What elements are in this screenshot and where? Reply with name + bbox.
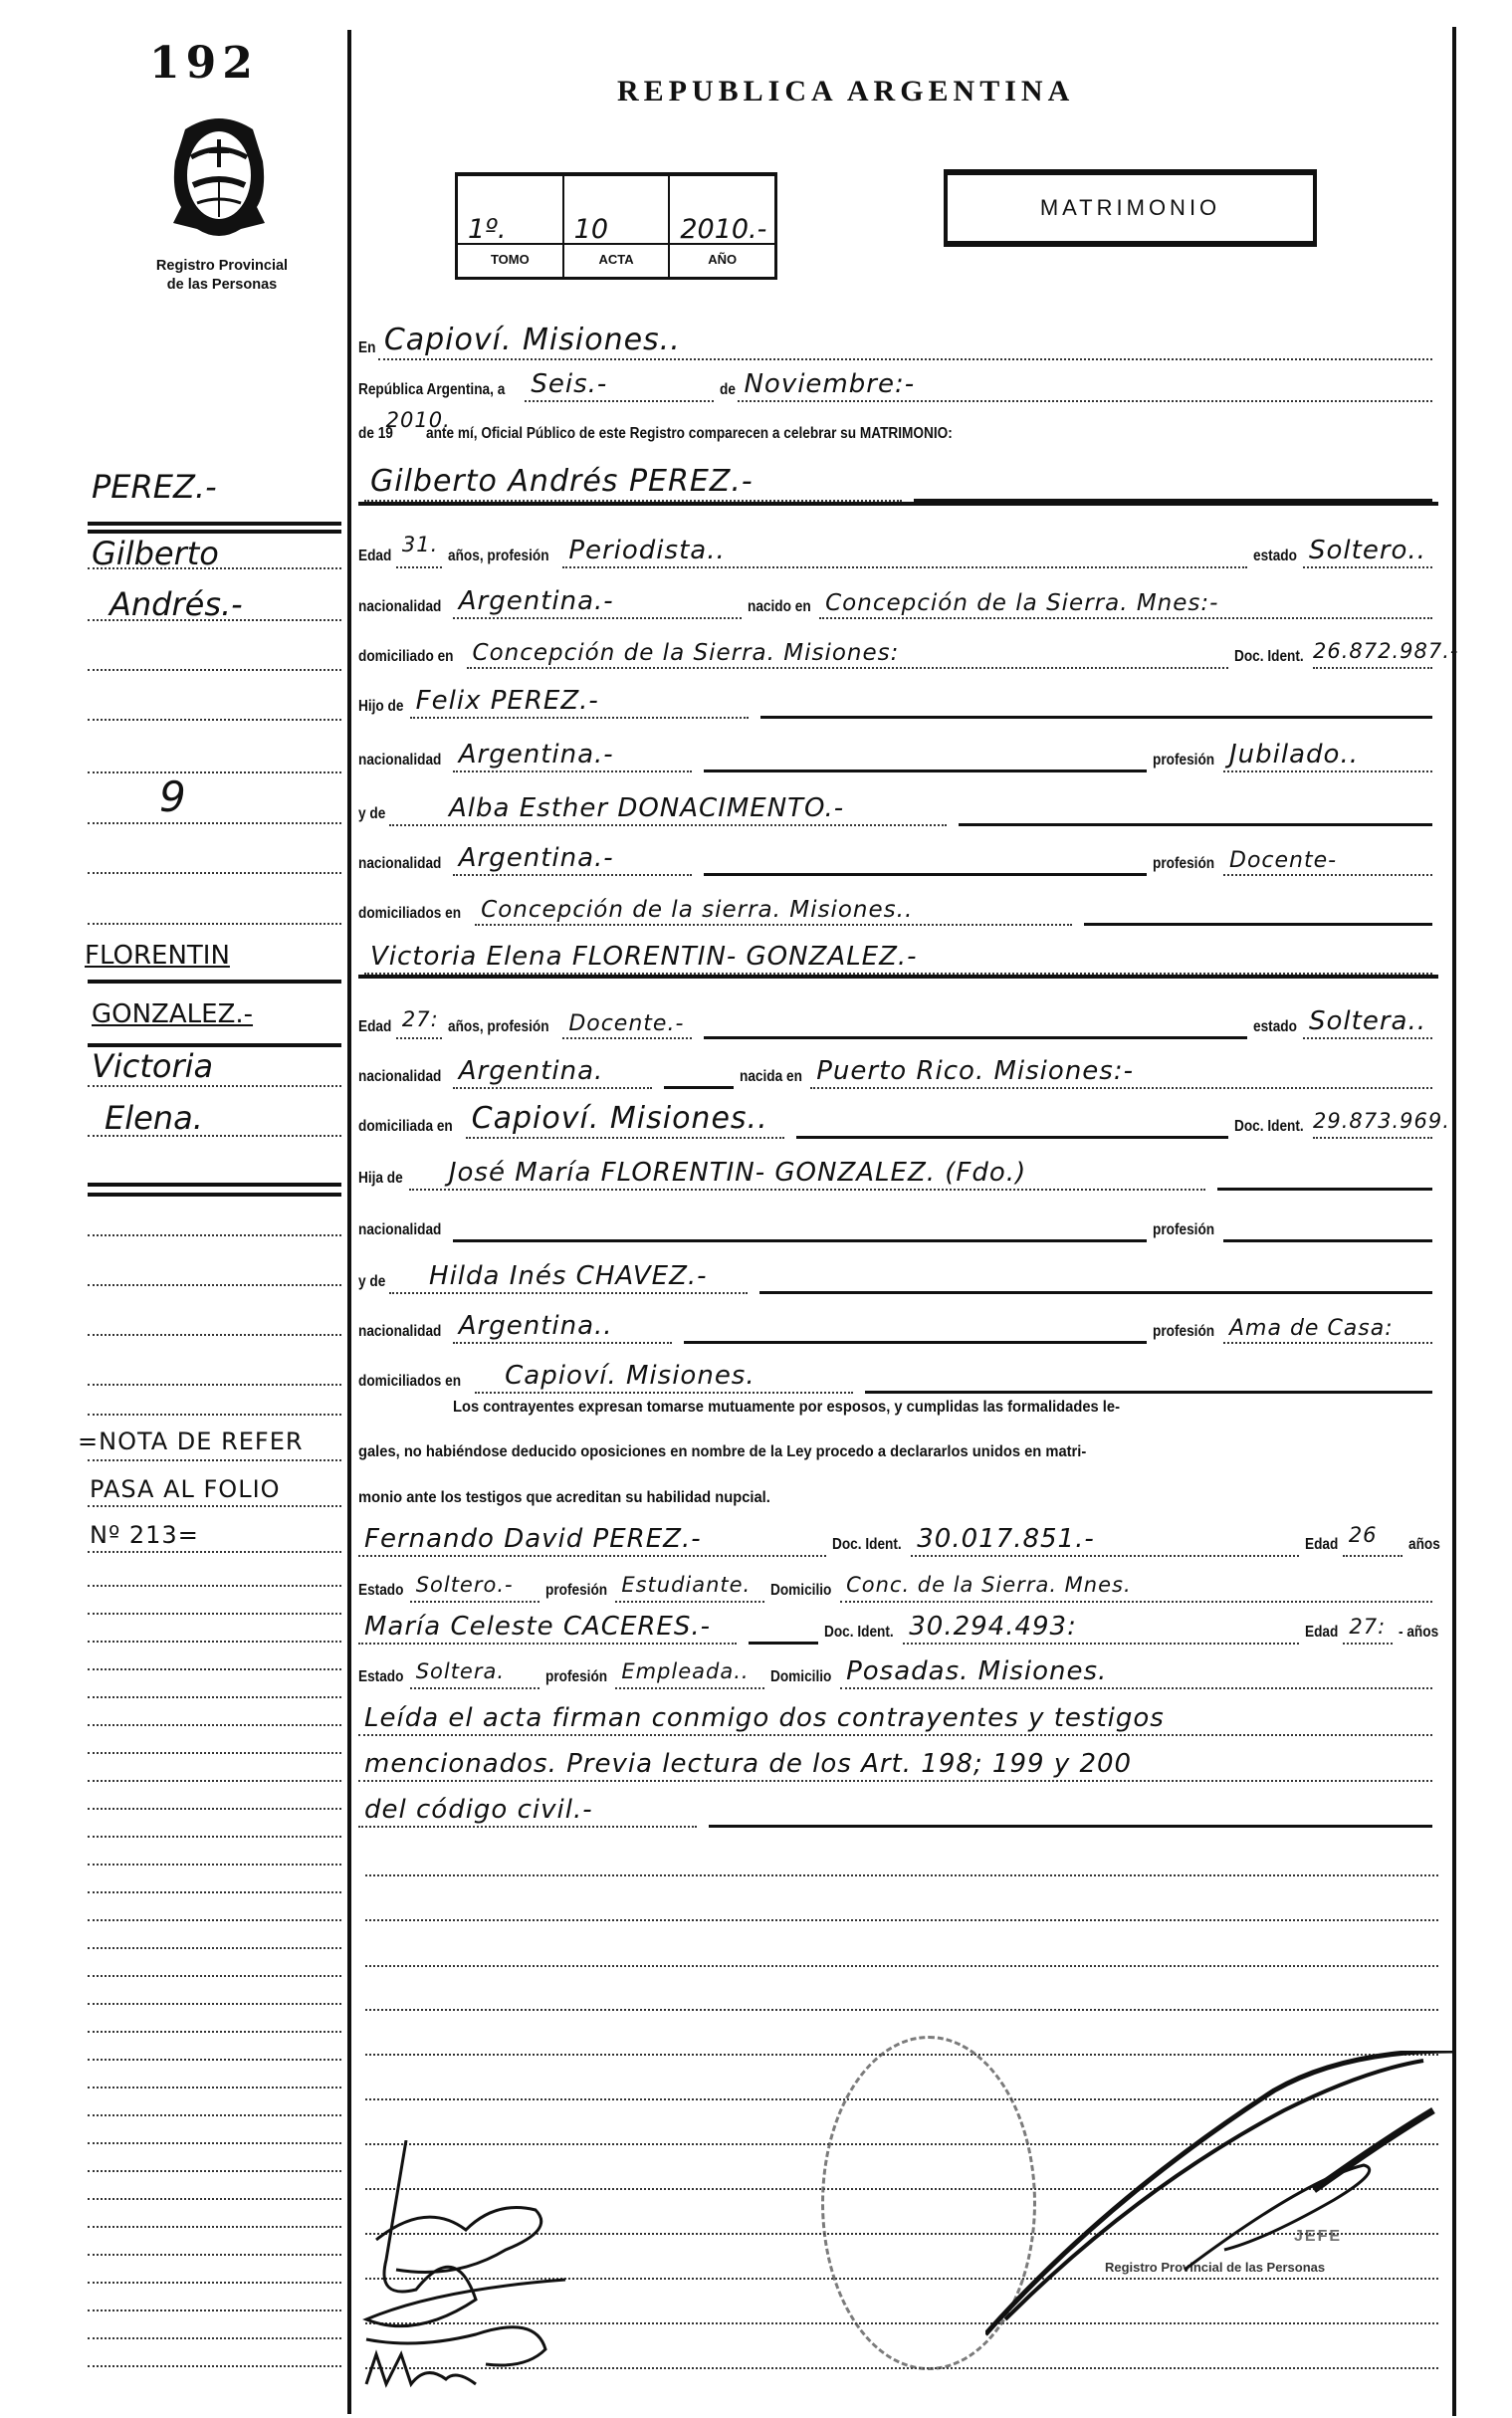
margin-line	[88, 1808, 341, 1810]
acta-value: 10	[574, 214, 608, 245]
coat-of-arms-icon	[167, 111, 271, 241]
closing-line-2: mencionados. Previa lectura de los Art. …	[358, 1738, 1438, 1782]
domiciliados-label: domiciliados en	[358, 905, 461, 926]
closing-field-1: Leída el acta firman conmigo dos contray…	[358, 1690, 1432, 1736]
witness-1-row: Fernando David PEREZ.- Doc. Ident. 30.01…	[358, 1513, 1438, 1557]
bride-address-field: Capioví. Misiones..	[466, 1093, 784, 1139]
bride-birthplace: Puerto Rico. Misiones:-	[816, 1056, 1134, 1086]
bride-address-fill	[796, 1092, 1228, 1139]
bride-father-profession-field	[1223, 1196, 1432, 1242]
margin-line	[88, 2337, 341, 2339]
margin-line	[88, 1724, 341, 1726]
profesion-label: profesión	[1153, 752, 1214, 772]
bride-father-nationality-field	[453, 1196, 1148, 1242]
edad-label: Edad	[1305, 1624, 1338, 1645]
bride-doc: 29.873.969.	[1313, 1109, 1450, 1133]
bride-mother-profession-field: Ama de Casa:	[1223, 1298, 1432, 1344]
witness-2-row: María Celeste CACERES.- Doc. Ident. 30.2…	[358, 1601, 1438, 1645]
margin-line	[88, 1919, 341, 1921]
bride-status: Soltera..	[1309, 1006, 1426, 1036]
tomo-label: TOMO	[458, 243, 562, 277]
groom-age-field: 31.	[396, 523, 442, 568]
nacido-label: nacido en	[748, 598, 811, 619]
y-de-label: y de	[358, 1273, 385, 1294]
margin-line	[88, 2142, 341, 2144]
groom-mother-nationality-fill	[704, 829, 1148, 876]
margin-line	[88, 1891, 341, 1893]
margin-line	[88, 2170, 341, 2172]
margin-groom-surname: PEREZ.-	[92, 468, 217, 506]
hija-de-label: Hija de	[358, 1170, 403, 1191]
margin-line	[88, 2059, 341, 2061]
profesion-label: profesión	[1153, 855, 1214, 876]
groom-mother-row: y de Alba Esther DONACIMENTO.-	[358, 782, 1438, 826]
margin-line	[88, 1947, 341, 1949]
margin-line	[88, 1284, 341, 1286]
bride-mother-row: y de Hilda Inés CHAVEZ.-	[358, 1250, 1438, 1294]
nacionalidad-label: nacionalidad	[358, 598, 441, 619]
nacionalidad-label: nacionalidad	[358, 1323, 441, 1344]
witness-1-profession: Estudiante.	[621, 1573, 751, 1597]
witness-2-details-row: Estado Soltera. profesión Empleada.. Dom…	[358, 1646, 1438, 1689]
de-label: de	[720, 381, 736, 402]
bride-mother-fill	[759, 1247, 1432, 1294]
estado-label: Estado	[358, 1668, 403, 1689]
bride-father-nationality-row: nacionalidad profesión	[358, 1199, 1438, 1242]
closing-field-3: del código civil.-	[358, 1782, 697, 1828]
month-field: Noviembre:-	[738, 356, 1432, 402]
anos-label: - años	[1399, 1624, 1438, 1645]
edad-label: Edad	[358, 1018, 391, 1039]
witness-1-doc: 30.017.851.-	[917, 1524, 1095, 1554]
bride-parents-address: Capioví. Misiones.	[505, 1361, 755, 1391]
margin-line	[88, 822, 341, 824]
witness-1-age-field: 26	[1343, 1511, 1403, 1557]
blank-line	[365, 1965, 1438, 1967]
bride-name-row: Victoria Elena FLORENTIN- GONZALEZ.-	[358, 931, 1438, 979]
en-label: En	[358, 339, 375, 360]
groom-status: Soltero..	[1309, 536, 1426, 565]
bride-age-row: Edad 27: años, profesión Docente.- estad…	[358, 995, 1438, 1039]
place-field: Capioví. Misiones..	[378, 315, 1432, 360]
margin-line	[88, 2114, 341, 2116]
registry-name: Registro Provincial de las Personas	[127, 257, 317, 295]
groom-parents-address: Concepción de la sierra. Misiones..	[481, 897, 913, 923]
margin-line	[88, 1668, 341, 1670]
witness-2-doc: 30.294.493:	[909, 1612, 1077, 1642]
groom-parents-address-row: domiciliados en Concepción de la sierra.…	[358, 882, 1438, 926]
witness-1-address: Conc. de la Sierra. Mnes.	[846, 1573, 1132, 1597]
witness-2-address: Posadas. Misiones.	[846, 1656, 1107, 1686]
groom-father-nationality-fill	[704, 726, 1148, 772]
y-de-label: y de	[358, 805, 385, 826]
bride-name: Victoria Elena FLORENTIN- GONZALEZ.-	[370, 942, 918, 972]
closing-text-1: Leída el acta firman conmigo dos contray…	[364, 1703, 1165, 1733]
groom-mother-nationality: Argentina.-	[459, 843, 614, 873]
estado-label: estado	[1253, 548, 1297, 568]
groom-father-nationality: Argentina.-	[459, 740, 614, 769]
witness-1-profession-field: Estudiante.	[615, 1557, 764, 1603]
groom-doc-field: 26.872.987.-	[1313, 623, 1432, 669]
folio-number: 192	[149, 38, 259, 89]
margin-line	[88, 1551, 341, 1553]
witness-2-doc-field: 30.294.493:	[903, 1599, 1299, 1645]
margin-line	[88, 2254, 341, 2256]
place-row: En Capioví. Misiones..	[358, 317, 1438, 360]
ano-cell: 2010.- AÑO	[670, 176, 774, 277]
nacionalidad-label: nacionalidad	[358, 752, 441, 772]
witness-2-status: Soltera.	[416, 1659, 505, 1683]
groom-nationality-field: Argentina.-	[453, 573, 742, 619]
anos-label: años	[1408, 1536, 1440, 1557]
witness-2-age-field: 27:	[1343, 1599, 1393, 1645]
margin-underline	[88, 522, 341, 526]
groom-name-field: Gilberto Andrés PEREZ.-	[364, 456, 902, 502]
republica-label: República Argentina, a	[358, 381, 505, 402]
margin-bride-given-2: Elena.	[105, 1099, 203, 1137]
bride-age: 27:	[402, 1007, 439, 1031]
margin-line	[88, 771, 341, 773]
groom-birthplace: Concepción de la Sierra. Mnes:-	[825, 590, 1218, 616]
record-type-box: MATRIMONIO	[944, 169, 1317, 247]
groom-nationality-row: nacionalidad Argentina.- nacido en Conce…	[358, 575, 1438, 619]
bride-mother-field: Hilda Inés CHAVEZ.-	[389, 1248, 748, 1294]
nacida-label: nacida en	[740, 1068, 802, 1089]
closing-text-2: mencionados. Previa lectura de los Art. …	[364, 1749, 1132, 1779]
bride-father-field: José María FLORENTIN- GONZALEZ. (Fdo.)	[409, 1145, 1205, 1191]
bride-mother-nationality: Argentina..	[459, 1311, 613, 1341]
margin-divider	[347, 30, 351, 2414]
groom-father-nationality-field: Argentina.-	[453, 727, 692, 772]
groom-mother-profession: Docente-	[1229, 848, 1337, 873]
bride-nationality-field: Argentina.	[453, 1043, 652, 1089]
tomo-cell: 1º. TOMO	[458, 176, 564, 277]
groom-parents-address-fill	[1084, 879, 1432, 926]
margin-line	[88, 1085, 341, 1087]
blank-line	[365, 2009, 1438, 2011]
groom-name-fill	[914, 455, 1432, 502]
closing-line-1: Leída el acta firman conmigo dos contray…	[358, 1692, 1438, 1736]
bride-mother: Hilda Inés CHAVEZ.-	[429, 1261, 708, 1291]
bride-father: José María FLORENTIN- GONZALEZ. (Fdo.)	[449, 1158, 1026, 1188]
ano-value: 2010.-	[680, 214, 766, 245]
tomo-value: 1º.	[468, 214, 506, 245]
doc-label: Doc. Ident.	[1234, 1118, 1304, 1139]
anos-profesion-label: años, profesión	[448, 548, 549, 568]
place-value: Capioví. Misiones..	[384, 323, 681, 357]
nacionalidad-label: nacionalidad	[358, 855, 441, 876]
margin-line	[88, 2087, 341, 2088]
bride-profession-fill	[704, 992, 1247, 1039]
margin-line	[88, 1613, 341, 1615]
bride-mother-profession: Ama de Casa:	[1229, 1316, 1394, 1341]
groom-name-row: Gilberto Andrés PEREZ.-	[358, 458, 1438, 506]
groom-address: Concepción de la Sierra. Misiones:	[473, 640, 900, 666]
witness-1-name: Fernando David PEREZ.-	[364, 1524, 702, 1554]
margin-underline	[88, 530, 341, 534]
bride-father-fill	[1217, 1144, 1432, 1191]
anos-profesion-label: años, profesión	[448, 1018, 549, 1039]
margin-line	[88, 1384, 341, 1386]
witness-2-age: 27:	[1349, 1615, 1386, 1639]
margin-line	[88, 1836, 341, 1838]
margin-line	[88, 1505, 341, 1507]
hijo-de-label: Hijo de	[358, 698, 403, 719]
registry-line-1: Registro Provincial	[127, 257, 317, 276]
witness-1-age: 26	[1349, 1523, 1378, 1547]
margin-line	[88, 2031, 341, 2033]
margin-bride-surname-2: GONZALEZ.-	[92, 999, 253, 1029]
margin-line	[88, 669, 341, 671]
bride-profession: Docente.-	[568, 1011, 684, 1036]
margin-line	[88, 1234, 341, 1236]
margin-line	[88, 2365, 341, 2367]
groom-birthplace-field: Concepción de la Sierra. Mnes:-	[819, 573, 1432, 619]
groom-mother: Alba Esther DONACIMENTO.-	[449, 793, 844, 823]
groom-mother-field: Alba Esther DONACIMENTO.-	[389, 780, 947, 826]
groom-father-profession-field: Jubilado..	[1223, 727, 1432, 772]
groom-father-row: Hijo de Felix PEREZ.-	[358, 675, 1438, 719]
bride-age-field: 27:	[396, 993, 442, 1039]
groom-mother-fill	[959, 779, 1432, 826]
bride-mother-nationality-field: Argentina..	[453, 1298, 672, 1344]
bride-parents-address-fill	[865, 1347, 1432, 1394]
groom-status-field: Soltero..	[1303, 523, 1432, 568]
witness-2-name-fill	[749, 1598, 818, 1645]
margin-line	[88, 1414, 341, 1416]
ante-text: ante mí, Oficial Público de este Registr…	[426, 425, 953, 446]
officer-signature-icon	[985, 2051, 1453, 2339]
margin-line	[88, 1780, 341, 1782]
month-value: Noviembre:-	[744, 369, 915, 399]
groom-father-field: Felix PEREZ.-	[410, 673, 749, 719]
blank-line	[365, 1874, 1438, 1876]
declaration-line-2: gales, no habiéndose deducido oposicione…	[358, 1443, 1352, 1461]
year-row: de 19 2010. ante mí, Oficial Público de …	[358, 402, 1438, 446]
margin-line	[88, 1135, 341, 1137]
margin-line	[88, 567, 341, 569]
witness-2-status-field: Soltera.	[410, 1644, 540, 1689]
margin-underline	[88, 1183, 341, 1187]
groom-age: 31.	[402, 533, 438, 556]
year-field: 2010.	[394, 402, 424, 446]
profesion-label: profesión	[1153, 1323, 1214, 1344]
margin-number: 9	[159, 772, 186, 821]
ano-label: AÑO	[670, 243, 774, 277]
acta-cell: 10 ACTA	[564, 176, 671, 277]
margin-line	[88, 1334, 341, 1336]
declaration-line-3: monio ante los testigos que acreditan su…	[358, 1489, 1352, 1507]
groom-mother-nationality-field: Argentina.-	[453, 830, 692, 876]
registry-line-2: de las Personas	[127, 276, 317, 295]
witness-1-details-row: Estado Soltero.- profesión Estudiante. D…	[358, 1559, 1438, 1603]
closing-text-3: del código civil.-	[364, 1795, 593, 1825]
date-row: República Argentina, a Seis.- de Noviemb…	[358, 358, 1438, 402]
profesion-label: profesión	[545, 1668, 607, 1689]
doc-label: Doc. Ident.	[832, 1536, 902, 1557]
witness-2-profession: Empleada..	[621, 1659, 749, 1683]
margin-line	[88, 1752, 341, 1754]
margin-line	[88, 2198, 341, 2200]
groom-father-fill	[760, 672, 1432, 719]
domicilio-label: Domicilio	[770, 1668, 831, 1689]
witness-1-address-field: Conc. de la Sierra. Mnes.	[840, 1557, 1432, 1603]
bride-address: Capioví. Misiones..	[472, 1101, 768, 1136]
groom-doc: 26.872.987.-	[1313, 639, 1459, 663]
margin-line	[88, 1696, 341, 1698]
witness-1-name-field: Fernando David PEREZ.-	[358, 1511, 826, 1557]
groom-nationality: Argentina.-	[459, 586, 614, 616]
groom-age-row: Edad 31. años, profesión Periodista.. es…	[358, 525, 1438, 568]
bride-father-row: Hija de José María FLORENTIN- GONZALEZ. …	[358, 1147, 1438, 1191]
groom-profession-field: Periodista..	[562, 523, 1247, 568]
witness-2-name: María Celeste CACERES.-	[364, 1612, 711, 1642]
margin-groom-given-2: Andrés.-	[109, 585, 243, 623]
bride-parents-address-row: domiciliados en Capioví. Misiones.	[358, 1350, 1438, 1394]
nacionalidad-label: nacionalidad	[358, 1068, 441, 1089]
margin-underline	[88, 980, 341, 984]
bride-parents-address-field: Capioví. Misiones.	[475, 1348, 853, 1394]
doc-label: Doc. Ident.	[1234, 648, 1304, 669]
margin-line	[88, 872, 341, 874]
witness-2-name-field: María Celeste CACERES.-	[358, 1599, 737, 1645]
day-field: Seis.-	[525, 356, 714, 402]
domiciliados-label: domiciliados en	[358, 1373, 461, 1394]
margin-line	[88, 619, 341, 621]
closing-line-3: del código civil.-	[358, 1784, 1438, 1828]
margin-line	[88, 2226, 341, 2228]
groom-mother-nationality-row: nacionalidad Argentina.- profesión Docen…	[358, 832, 1438, 876]
witness-1-doc-field: 30.017.851.-	[911, 1511, 1299, 1557]
margin-bride-surname-1: FLORENTIN	[85, 941, 230, 971]
margin-bride-given-1: Victoria	[92, 1047, 213, 1085]
bride-name-field: Victoria Elena FLORENTIN- GONZALEZ.-	[364, 929, 1432, 975]
groom-father-profession: Jubilado..	[1229, 740, 1359, 769]
acta-label: ACTA	[564, 243, 669, 277]
margin-line	[88, 2003, 341, 2005]
bride-address-row: domiciliada en Capioví. Misiones.. Doc. …	[358, 1095, 1438, 1139]
domiciliada-label: domiciliada en	[358, 1118, 453, 1139]
blank-line	[365, 1919, 1438, 1921]
groom-profession: Periodista..	[568, 536, 725, 565]
estado-label: estado	[1253, 1018, 1297, 1039]
margin-line	[88, 1459, 341, 1461]
contracting-parties-signatures-icon	[356, 2140, 585, 2389]
witness-2-profession-field: Empleada..	[615, 1644, 764, 1689]
margin-line	[88, 719, 341, 721]
bride-doc-field: 29.873.969.	[1313, 1093, 1432, 1139]
margin-line	[88, 1864, 341, 1866]
margin-line	[88, 2309, 341, 2311]
bride-nationality: Argentina.	[459, 1056, 604, 1086]
declaration-line-1: Los contrayentes expresan tomarse mutuam…	[453, 1399, 1446, 1417]
closing-fill	[709, 1781, 1432, 1828]
margin-note-line-1: =NOTA DE REFER	[78, 1428, 304, 1455]
domiciliado-label: domiciliado en	[358, 648, 453, 669]
doc-label: Doc. Ident.	[824, 1624, 894, 1645]
groom-address-field: Concepción de la Sierra. Misiones:	[467, 623, 1228, 669]
witness-2-address-field: Posadas. Misiones.	[840, 1644, 1432, 1689]
margin-note-line-3: Nº 213=	[90, 1521, 199, 1549]
nacionalidad-label: nacionalidad	[358, 1221, 441, 1242]
margin-underline	[88, 1193, 341, 1197]
bride-status-field: Soltera..	[1303, 993, 1432, 1039]
groom-mother-profession-field: Docente-	[1223, 830, 1432, 876]
groom-parents-address-field: Concepción de la sierra. Misiones..	[475, 880, 1072, 926]
bride-nationality-row: nacionalidad Argentina. nacida en Puerto…	[358, 1045, 1438, 1089]
bride-birthplace-field: Puerto Rico. Misiones:-	[810, 1043, 1432, 1089]
day-value: Seis.-	[531, 369, 607, 399]
margin-note-line-2: PASA AL FOLIO	[90, 1475, 281, 1503]
country-title: REPUBLICA ARGENTINA	[617, 75, 1074, 109]
bride-nationality-fill	[664, 1042, 734, 1089]
bride-profession-field: Docente.-	[562, 993, 692, 1039]
closing-field-2: mencionados. Previa lectura de los Art. …	[358, 1736, 1432, 1782]
bride-mother-nationality-row: nacionalidad Argentina.. profesión Ama d…	[358, 1300, 1438, 1344]
witness-1-status: Soltero.-	[416, 1573, 514, 1597]
witness-1-status-field: Soltero.-	[410, 1557, 540, 1603]
groom-address-row: domiciliado en Concepción de la Sierra. …	[358, 625, 1438, 669]
margin-line	[88, 1975, 341, 1977]
record-id-box: 1º. TOMO 10 ACTA 2010.- AÑO	[455, 172, 777, 280]
edad-label: Edad	[1305, 1536, 1338, 1557]
margin-line	[88, 1585, 341, 1587]
groom-name: Gilberto Andrés PEREZ.-	[370, 464, 754, 499]
profesion-label: profesión	[1153, 1221, 1214, 1242]
margin-line	[88, 1641, 341, 1643]
groom-father: Felix PEREZ.-	[416, 686, 599, 716]
margin-line	[88, 923, 341, 925]
margin-line	[88, 2282, 341, 2284]
groom-father-nationality-row: nacionalidad Argentina.- profesión Jubil…	[358, 729, 1438, 772]
bride-mother-nationality-fill	[684, 1297, 1148, 1344]
edad-label: Edad	[358, 548, 391, 568]
